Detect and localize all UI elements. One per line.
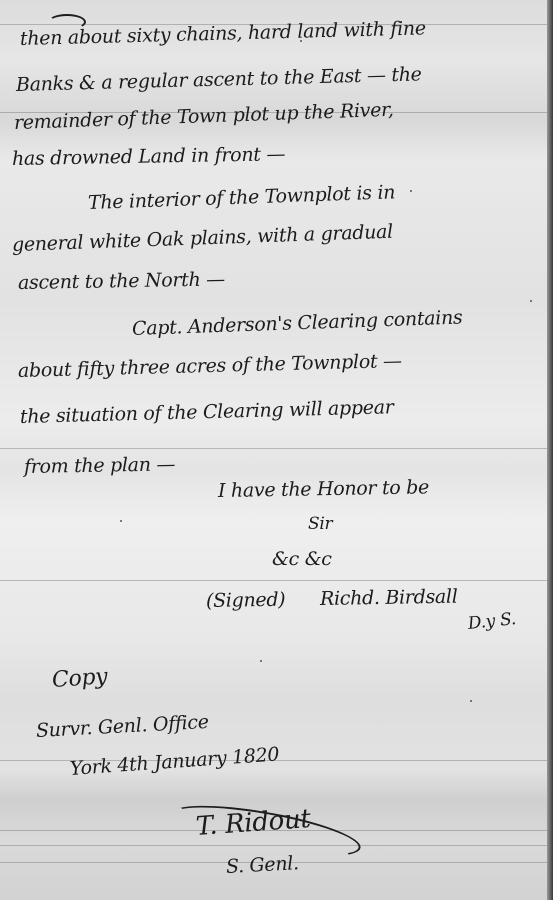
closing-etc: &c &c [272, 548, 332, 570]
signed-label: (Signed) [206, 589, 286, 612]
body-line-5: The interior of the Townplot is in [88, 181, 396, 214]
body-line-7: ascent to the North — [18, 268, 225, 294]
closing-salutation: Sir [308, 514, 332, 534]
signer-name: Richd. Birdsall [320, 586, 458, 610]
ink-speck [120, 520, 122, 522]
body-line-10: the situation of the Clearing will appea… [20, 396, 394, 428]
ink-speck [300, 40, 302, 42]
place-date-line: York 4th January 1820 [69, 743, 280, 780]
certifier-title: S. Genl. [225, 852, 299, 878]
signer-title: D.y S. [467, 609, 517, 634]
page-edge-shadow [547, 0, 553, 900]
body-line-11: from the plan — [24, 453, 175, 478]
copy-label: Copy [51, 664, 108, 693]
closing-line-1: I have the Honor to be [218, 476, 429, 502]
body-line-6: general white Oak plains, with a gradual [12, 221, 394, 256]
ink-speck [470, 700, 472, 702]
ink-speck [260, 660, 262, 662]
body-line-3: remainder of the Town plot up the River, [14, 99, 394, 134]
body-line-4: has drowned Land in front — [12, 143, 285, 170]
body-line-8: Capt. Anderson's Clearing contains [132, 306, 463, 340]
body-line-2: Banks & a regular ascent to the East — t… [16, 63, 422, 96]
ruled-line [0, 580, 547, 581]
ruled-line [0, 448, 547, 449]
document-page: then about sixty chains, hard land with … [0, 0, 553, 900]
office-line: Survr. Genl. Office [35, 711, 209, 742]
body-line-9: about fifty three acres of the Townplot … [18, 350, 402, 382]
ink-speck [530, 300, 532, 302]
ink-speck [410, 190, 412, 192]
